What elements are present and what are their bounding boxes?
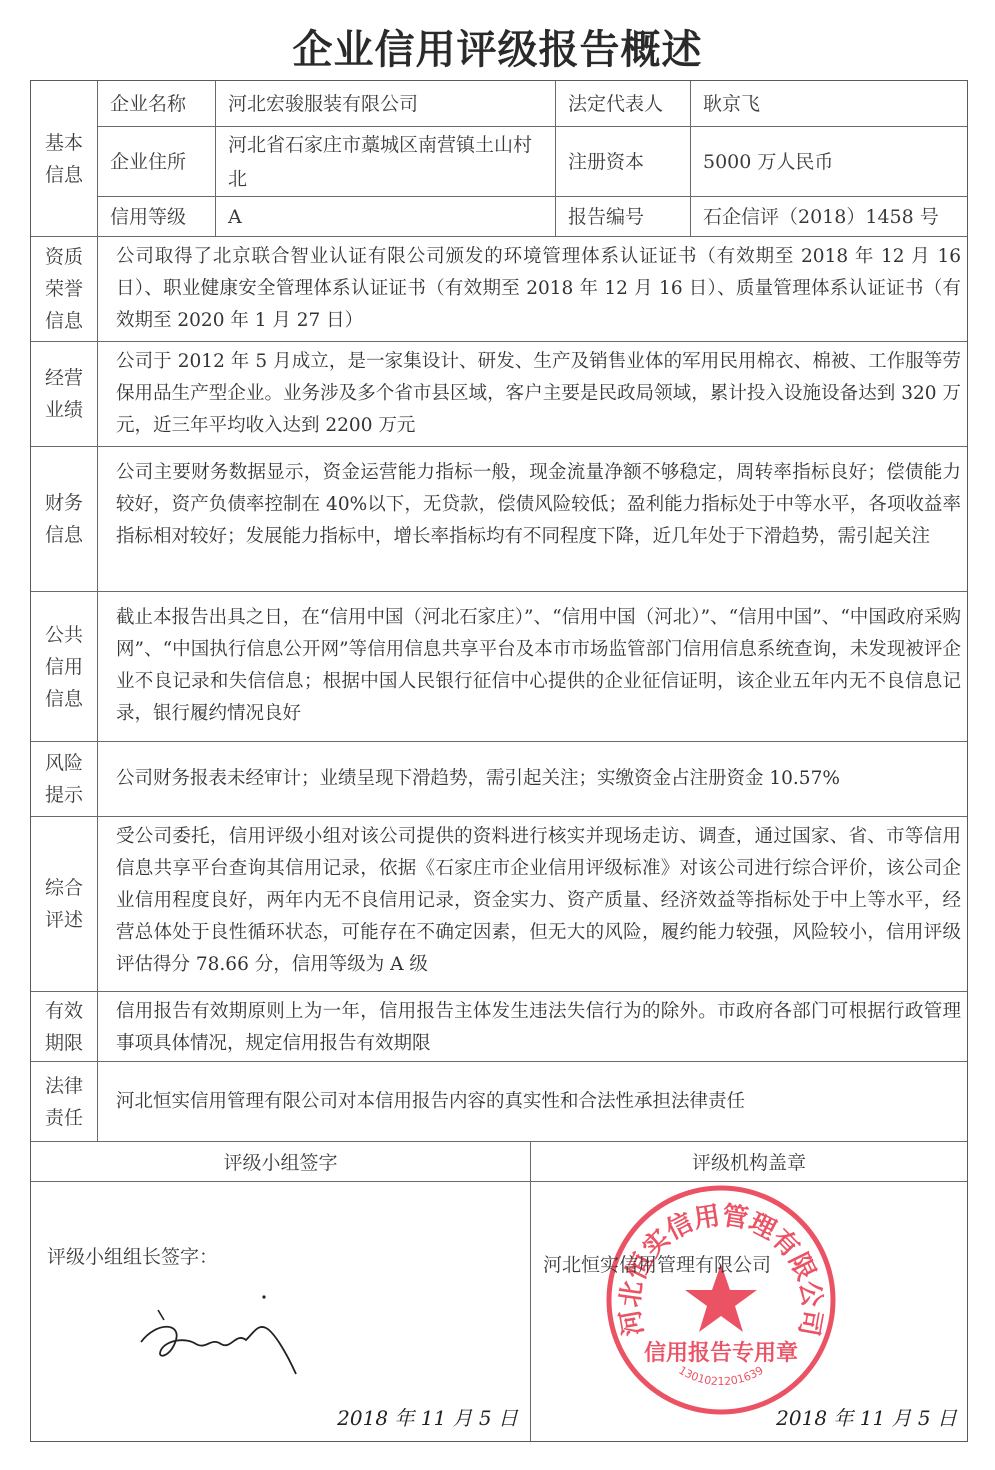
section-label-basic-info: 基本信息 [31,81,98,236]
business-performance-row: 经营业绩 公司于 2012 年 5 月成立，是一家集设计、研发、生产及销售业体的… [31,341,967,446]
section-label-business: 经营业绩 [31,342,98,446]
legal-rep-value: 耿京飞 [691,81,967,126]
svg-text:信用报告专用章: 信用报告专用章 [644,1340,798,1366]
basic-row-name: 企业名称 河北宏骏服装有限公司 法定代表人 耿京飞 [98,81,967,126]
legal-text: 河北恒实信用管理有限公司对本信用报告内容的真实性和合法性承担法律责任 [98,1062,967,1141]
company-name-value: 河北宏骏服装有限公司 [216,81,556,126]
address-label: 企业住所 [98,127,216,196]
section-label-qualification: 资质荣誉信息 [31,237,98,341]
legal-liability-row: 法律责任 河北恒实信用管理有限公司对本信用报告内容的真实性和合法性承担法律责任 [31,1061,967,1141]
risk-warning-row: 风险提示 公司财务报表未经审计；业绩呈现下滑趋势，需引起关注；实缴资金占注册资金… [31,741,967,816]
credit-grade-label: 信用等级 [98,197,216,236]
team-signature-header: 评级小组签字 [31,1142,531,1181]
leader-signature-label: 评级小组组长签字： [47,1242,218,1269]
basic-row-address: 企业住所 河北省石家庄市藁城区南营镇土山村北 注册资本 5000 万人民币 [98,126,967,196]
public-credit-row: 公共信用信息 截止本报告出具之日，在“信用中国（河北石家庄）”、“信用中国（河北… [31,591,967,741]
report-table: 基本信息 企业名称 河北宏骏服装有限公司 法定代表人 耿京飞 企业住所 河北省石… [30,80,968,1442]
signature-header-row: 评级小组签字 评级机构盖章 [31,1141,967,1181]
public-credit-text: 截止本报告出具之日，在“信用中国（河北石家庄）”、“信用中国（河北）”、“信用中… [98,592,967,741]
section-label-summary: 综合评述 [31,817,98,991]
report-no-label: 报告编号 [556,197,691,236]
section-label-risk: 风险提示 [31,742,98,816]
leader-sign-date: 2018 年 11 月 5 日 [337,1402,518,1431]
basic-info-grid: 企业名称 河北宏骏服装有限公司 法定代表人 耿京飞 企业住所 河北省石家庄市藁城… [98,81,967,236]
signature-body-row: 评级小组组长签字： 2018 年 11 月 5 日 河北恒实信用管理有限公司 信… [31,1181,967,1441]
qualification-row: 资质荣誉信息 公司取得了北京联合智业认证有限公司颁发的环境管理体系认证证书（有效… [31,236,967,341]
team-signature-cell: 评级小组组长签字： 2018 年 11 月 5 日 [31,1182,531,1441]
agency-seal-header: 评级机构盖章 [531,1142,967,1181]
section-label-validity: 有效期限 [31,992,98,1061]
address-value: 河北省石家庄市藁城区南营镇土山村北 [216,127,556,196]
validity-row: 有效期限 信用报告有效期原则上为一年，信用报告主体发生违法失信行为的除外。市政府… [31,991,967,1061]
business-text: 公司于 2012 年 5 月成立，是一家集设计、研发、生产及销售业体的军用民用棉… [98,342,967,446]
financial-info-row: 财务信息 公司主要财务数据显示，资金运营能力指标一般，现金流量净额不够稳定，周转… [31,446,967,591]
page-title: 企业信用评级报告概述 [0,18,995,75]
svg-text:1301021201639: 1301021201639 [676,1364,765,1389]
agency-seal-cell: 河北恒实信用管理有限公司 信用报告专用章 1301021201639 河北恒实信… [531,1182,967,1441]
summary-row: 综合评述 受公司委托，信用评级小组对该公司提供的资料进行核实并现场走访、调查，通… [31,816,967,991]
report-no-value: 石企信评（2018）1458 号 [691,197,967,236]
registered-capital-value: 5000 万人民币 [691,127,967,196]
qualification-text: 公司取得了北京联合智业认证有限公司颁发的环境管理体系认证证书（有效期至 2018… [98,237,967,341]
financial-text: 公司主要财务数据显示，资金运营能力指标一般，现金流量净额不够稳定，周转率指标良好… [98,447,967,591]
risk-text: 公司财务报表未经审计；业绩呈现下滑趋势，需引起关注；实缴资金占注册资金 10.5… [98,742,967,816]
section-label-legal: 法律责任 [31,1062,98,1141]
credit-grade-value: A [216,197,556,236]
validity-text: 信用报告有效期原则上为一年，信用报告主体发生违法失信行为的除外。市政府各部门可根… [98,992,967,1061]
section-label-public-credit: 公共信用信息 [31,592,98,741]
legal-rep-label: 法定代表人 [556,81,691,126]
agency-name: 河北恒实信用管理有限公司 [543,1250,771,1277]
handwritten-signature-icon [136,1292,306,1382]
basic-info-row: 基本信息 企业名称 河北宏骏服装有限公司 法定代表人 耿京飞 企业住所 河北省石… [31,81,967,236]
registered-capital-label: 注册资本 [556,127,691,196]
section-label-financial: 财务信息 [31,447,98,591]
official-seal-icon: 河北恒实信用管理有限公司 信用报告专用章 1301021201639 [601,1182,841,1422]
company-name-label: 企业名称 [98,81,216,126]
summary-text: 受公司委托，信用评级小组对该公司提供的资料进行核实并现场走访、调查，通过国家、省… [98,817,967,991]
basic-row-grade: 信用等级 A 报告编号 石企信评（2018）1458 号 [98,196,967,236]
